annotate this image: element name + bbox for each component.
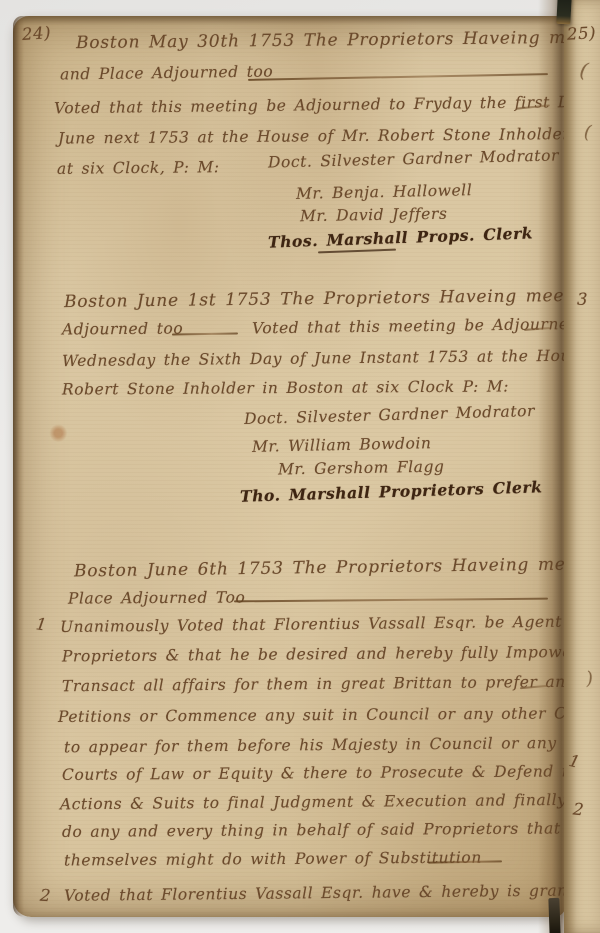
binding-edge — [548, 898, 560, 933]
signature-line: Mr. David Jeffers — [300, 205, 448, 226]
manuscript-line: Courts of Law or Equity & there to Prose… — [62, 762, 600, 784]
signature-line: Mr. Benja. Hallowell — [296, 181, 473, 203]
item-number: 2 — [39, 886, 51, 906]
manuscript-line: Place Adjourned Too — [68, 588, 245, 607]
manuscript-line: Petitions or Commence any suit in Counci… — [58, 704, 600, 726]
margin-number: 3 — [577, 290, 588, 309]
signature-line: Mr. Gershom Flagg — [278, 458, 445, 479]
manuscript-line: themselves might do with Power of Substi… — [64, 849, 482, 870]
manuscript-scan: 24) Boston May 30th 1753 The Proprietors… — [0, 0, 600, 933]
signature-line: Mr. William Bowdoin — [252, 434, 432, 456]
partial-text-mark: ) — [585, 668, 595, 690]
partial-text-mark: ( — [583, 122, 593, 144]
manuscript-line: Robert Stone Inholder in Boston at six C… — [62, 377, 509, 398]
page-number: 24) — [21, 23, 51, 44]
margin-number: 2 — [572, 799, 585, 819]
manuscript-line: at six Clock, P: M: — [57, 158, 220, 178]
bookmark-ribbon — [556, 0, 571, 24]
manuscript-line: Adjourned too — [62, 319, 183, 338]
manuscript-line: do any and every thing in behalf of said… — [62, 819, 600, 841]
next-page-number: 25) — [567, 23, 597, 43]
next-page-edge — [564, 0, 600, 933]
manuscript-line: and Place Adjourned too — [60, 63, 273, 84]
